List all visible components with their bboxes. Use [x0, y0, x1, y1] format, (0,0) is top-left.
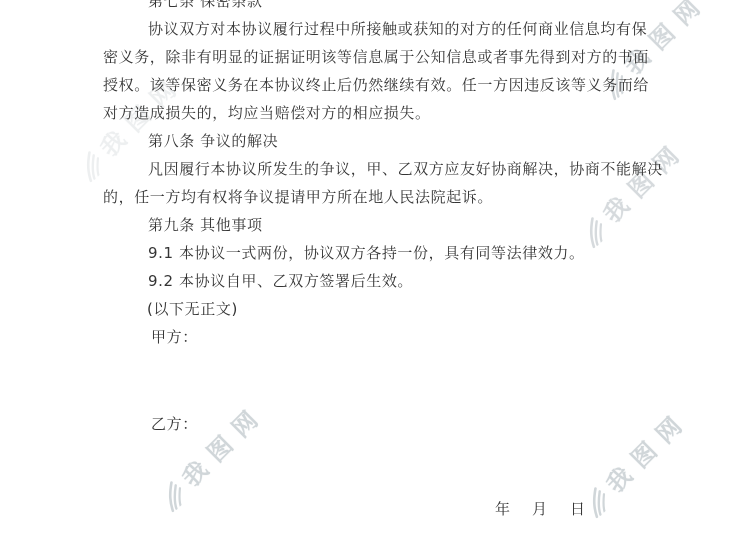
watermark-label: 我图网	[597, 400, 696, 499]
watermark: 我图网	[572, 400, 696, 524]
text-line: 甲方：	[151, 329, 198, 346]
watermark-logo-icon	[151, 476, 191, 516]
watermark: 我图网	[148, 394, 272, 518]
watermark: 我图网	[569, 130, 693, 254]
watermark-label: 我图网	[173, 394, 272, 493]
text-line: 第八条 争议的解决	[148, 133, 278, 150]
text-line: 第七条 保密条款	[148, 0, 263, 10]
text-line: 授权。该等保密义务在本协议终止后仍然继续有效。任一方因违反该等义务而给	[103, 77, 649, 94]
text-line: 对方造成损失的，均应当赔偿对方的相应损失。	[103, 105, 431, 122]
text-line: 的，任一方均有权将争议提请甲方所在地人民法院起诉。	[103, 189, 493, 206]
text-line: 9.2 本协议自甲、乙双方签署后生效。	[148, 273, 413, 290]
text-line: 日	[570, 501, 586, 518]
text-line: 乙方：	[151, 416, 198, 433]
text-line: 月	[532, 501, 548, 518]
text-line: 凡因履行本协议所发生的争议，甲、乙双方应友好协商解决，协商不能解决	[148, 161, 663, 178]
document-page: 我图网 我图网 我图网 我图网 我图网 第七条 保密条款协议双方对本协议履行过程…	[0, 0, 750, 533]
watermark-label: 我图网	[615, 0, 714, 81]
text-line: 第九条 其他事项	[148, 217, 263, 234]
text-line: 密义务，除非有明显的证据证明该等信息属于公知信息或者事先得到对方的书面	[103, 49, 649, 66]
text-line: (以下无正文)	[147, 301, 238, 318]
watermark-logo-icon	[69, 146, 109, 186]
text-line: 年	[495, 501, 511, 518]
text-line: 9.1 本协议一式两份，协议双方各持一份，具有同等法律效力。	[148, 245, 585, 262]
text-line: 协议双方对本协议履行过程中所接触或获知的对方的任何商业信息均有保	[148, 21, 647, 38]
watermark-label: 我图网	[594, 130, 693, 229]
